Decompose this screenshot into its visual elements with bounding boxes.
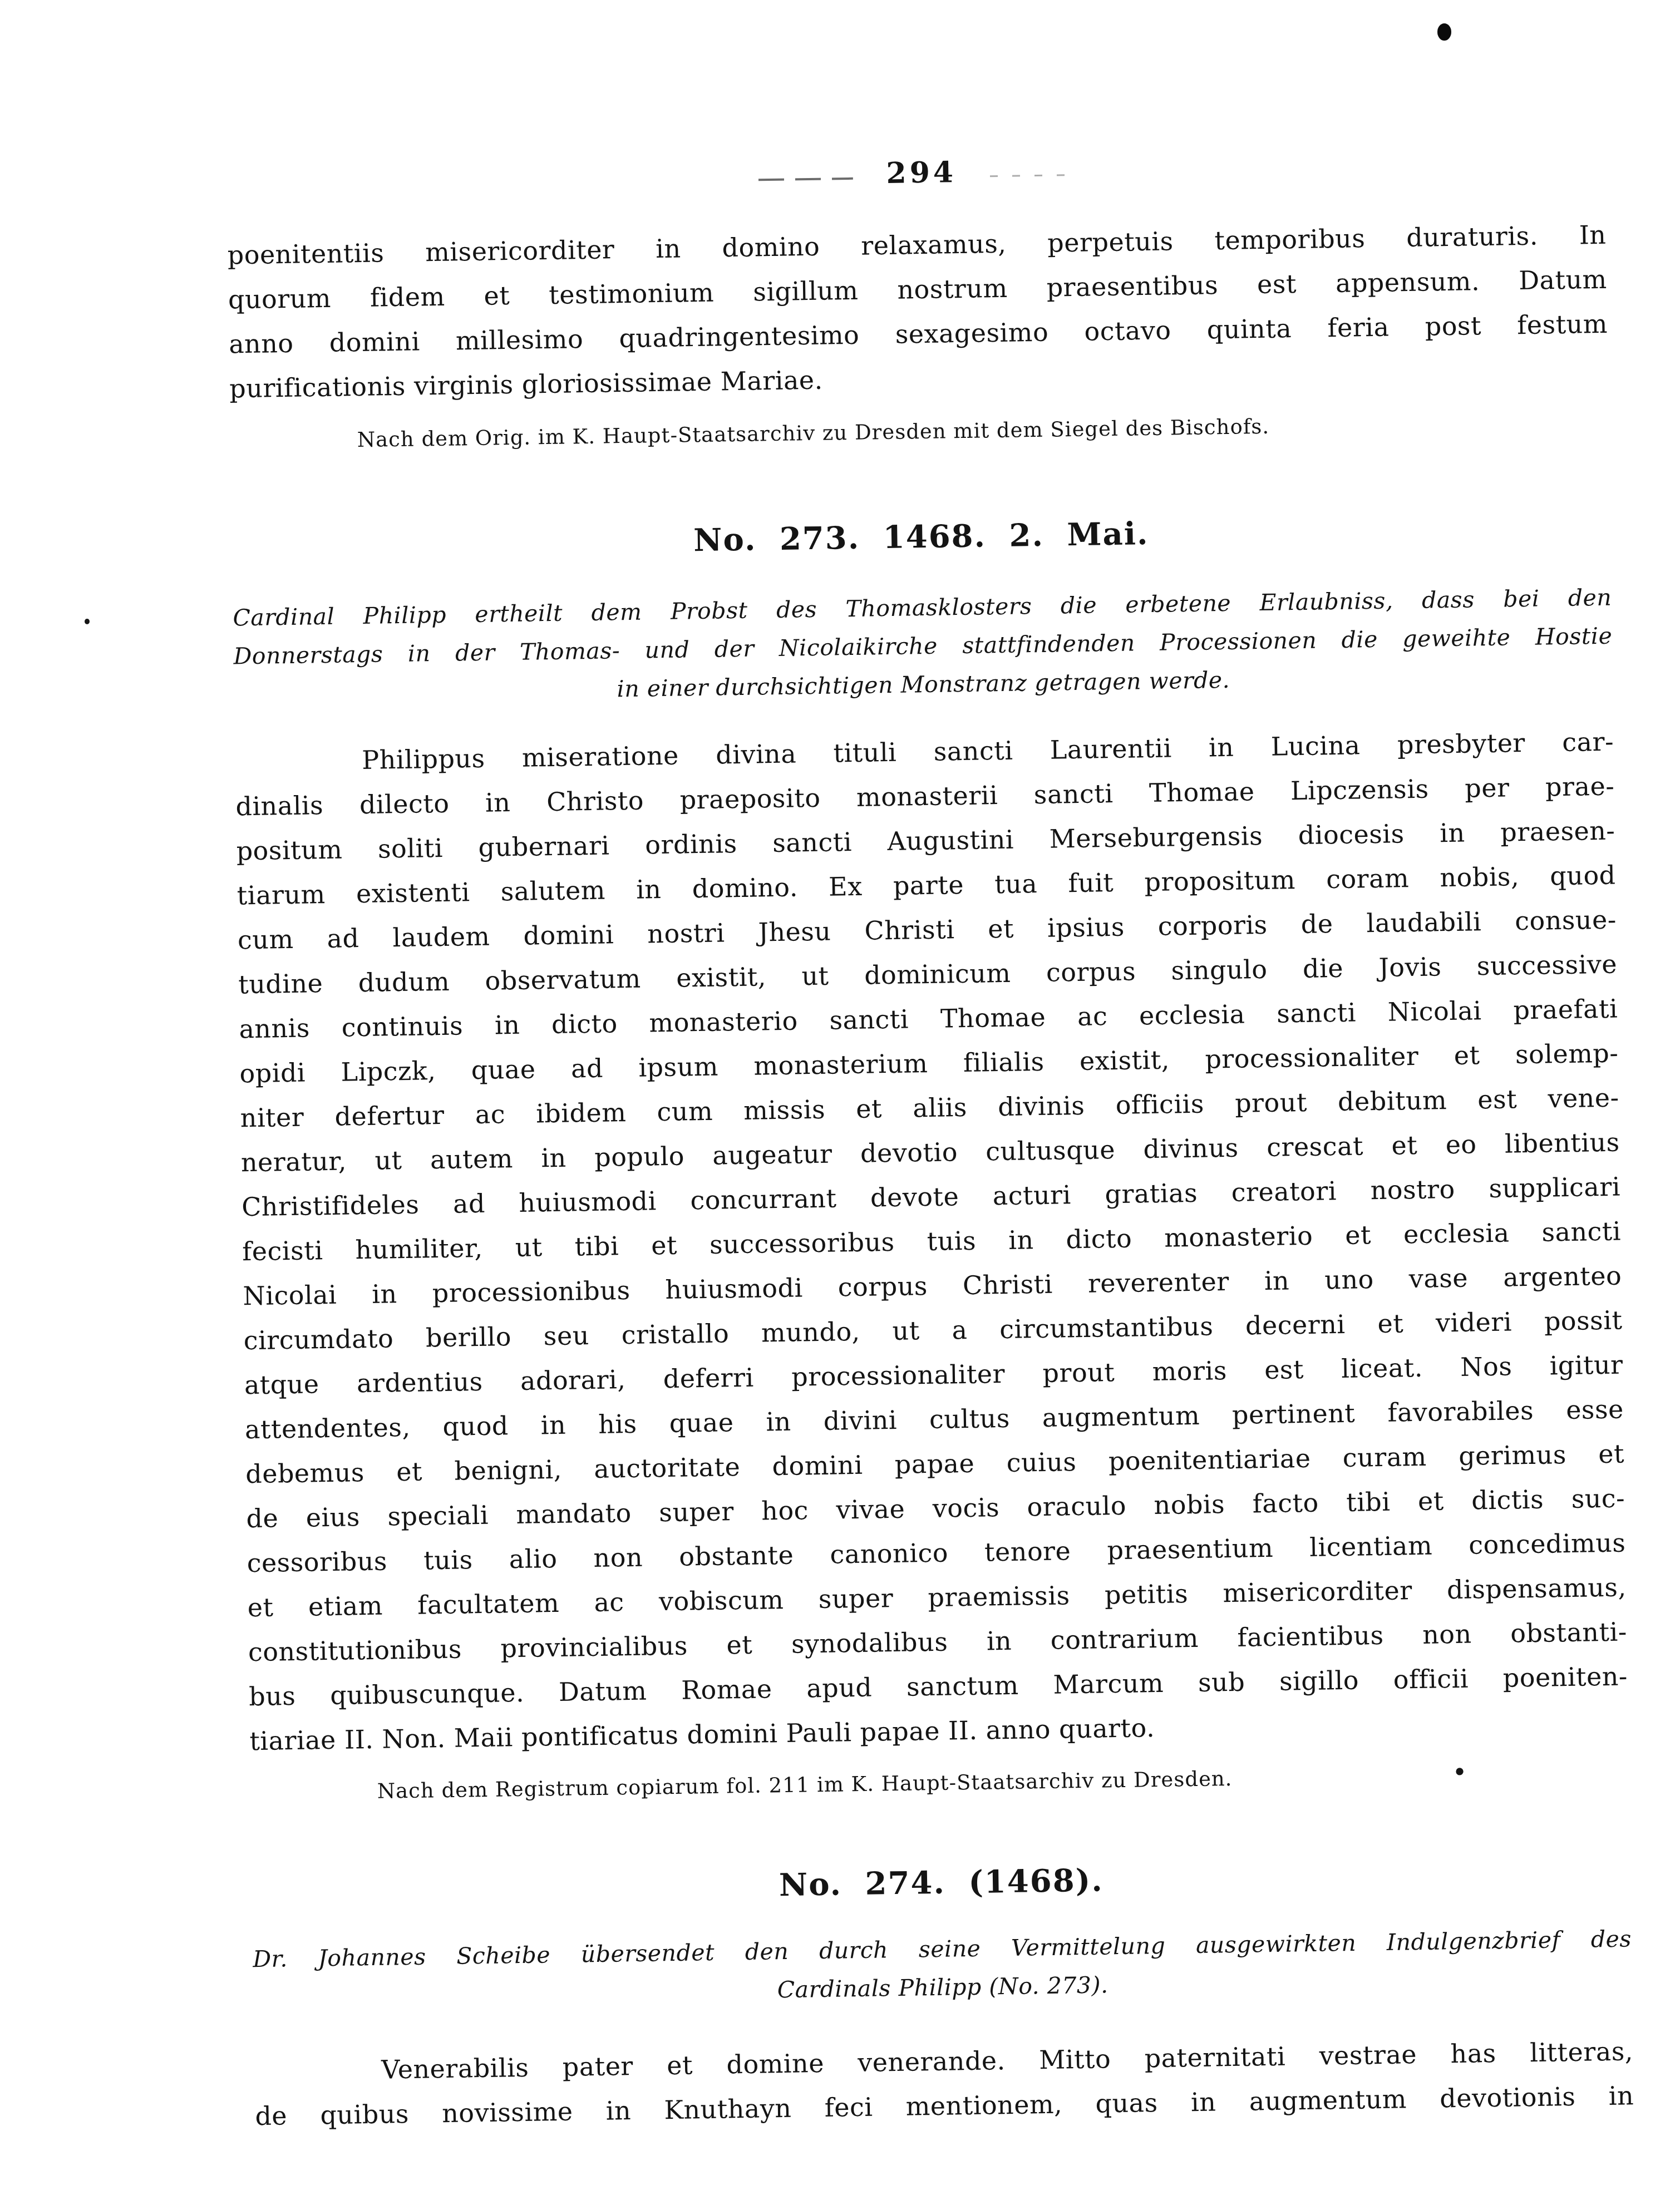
scanned-book-page: 294 poenitentiis misericorditer in domin… [0, 0, 1680, 2205]
ink-dot-icon: • [1452, 1758, 1467, 1787]
page-number: 294 [886, 155, 957, 190]
entry-273-heading: No. 273. 1468. 2. Mai. [231, 506, 1611, 568]
source-note-1: Nach dem Orig. im K. Haupt-Staatsarchiv … [357, 408, 1509, 455]
ink-speck-icon [85, 619, 90, 624]
entry-274-heading: No. 274. (1468). [252, 1852, 1631, 1913]
continuation-paragraph: poenitentiis misericorditer in domino re… [227, 213, 1608, 411]
entry-274-body: Venerabilis pater et domine venerande. M… [254, 2029, 1634, 2138]
source-note-2-row: Nach dem Registrum copiarum fol. 211 im … [250, 1758, 1629, 1808]
entry-273-summary: Cardinal Philipp ertheilt dem Probst des… [233, 579, 1613, 714]
entry-274-summary: Dr. Johannes Scheibe übersendet den durc… [253, 1920, 1633, 2017]
scan-dash-icon [758, 177, 853, 181]
source-note-2: Nach dem Registrum copiarum fol. 211 im … [377, 1760, 1529, 1806]
page-content: 294 poenitentiis misericorditer in domin… [226, 146, 1634, 2138]
ink-blot-icon [1437, 23, 1451, 41]
entry-273-body: Philippus miseratione divina tituli sanc… [235, 719, 1629, 1764]
page-header: 294 [226, 146, 1605, 216]
scan-dash-icon [990, 174, 1073, 177]
